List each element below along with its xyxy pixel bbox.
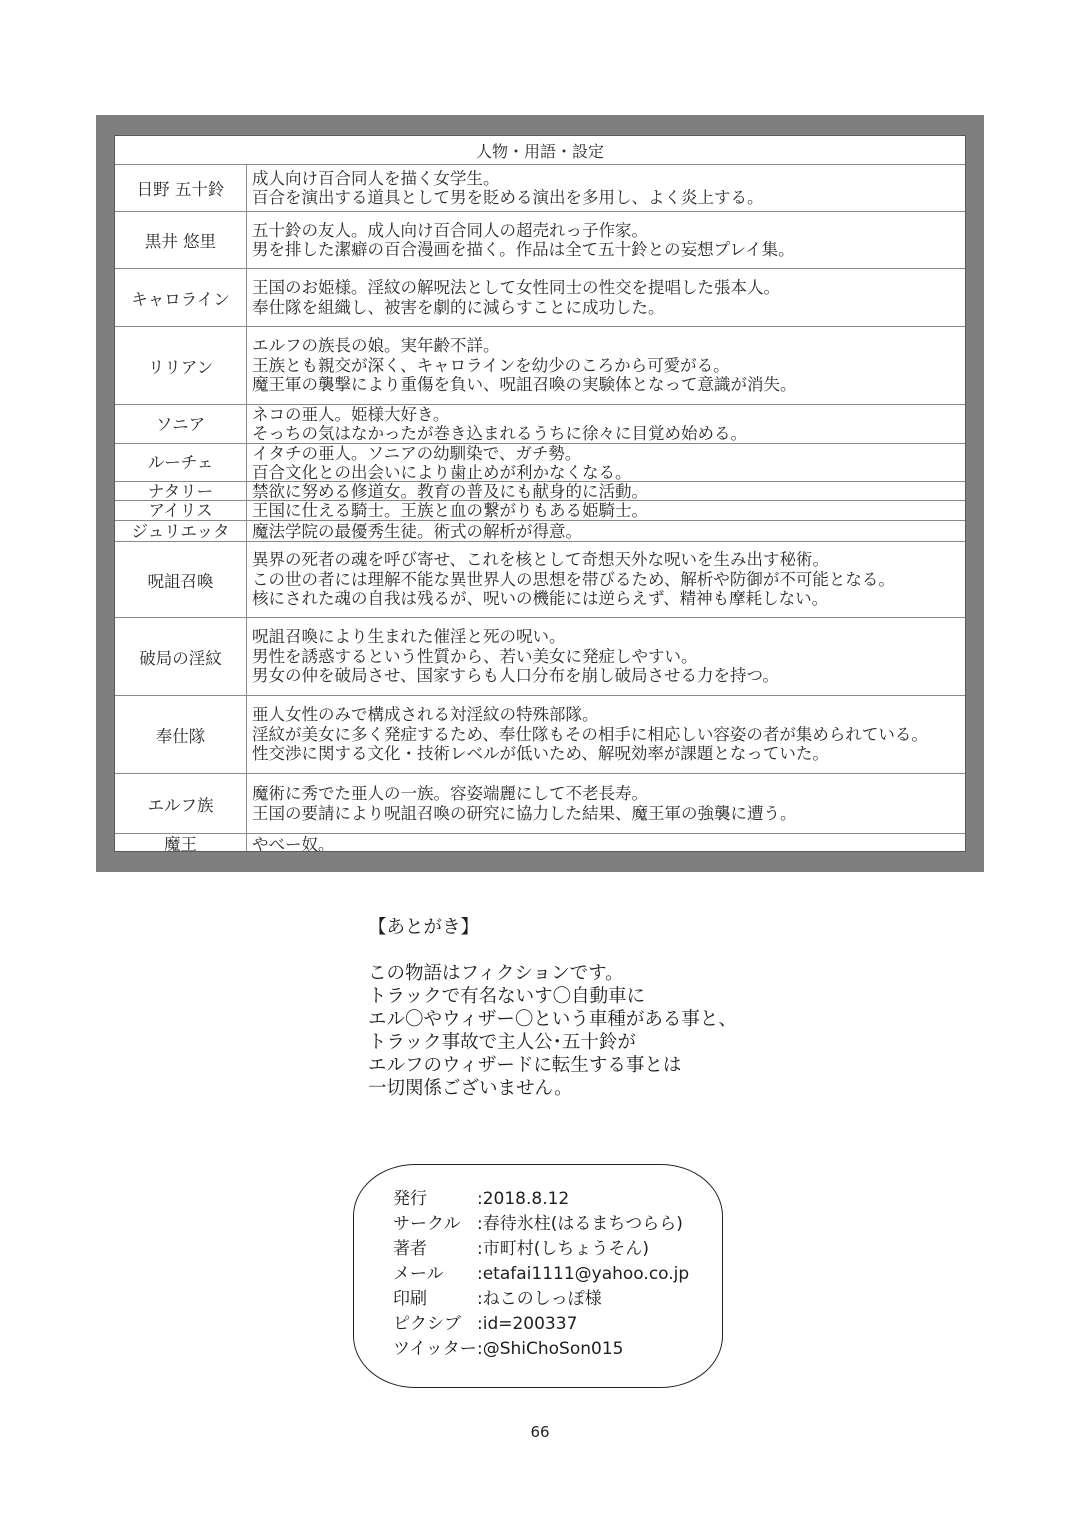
colophon-label: メール: [393, 1262, 477, 1287]
description-line: そっちの気はなかったが巻き込まれるうちに徐々に目覚め始める。: [252, 424, 965, 443]
description-cell: 魔術に秀でた亜人の一族。容姿端麗にして不老長寿。 王国の要請により呪詛召喚の研究…: [247, 774, 965, 833]
colophon-value: :@ShiChoSon015: [477, 1337, 623, 1362]
afterword-line: エルフのウィザードに転生する事とは: [368, 1054, 737, 1077]
glossary-frame: 人物・用語・設定 日野 五十鈴 成人向け百合同人を描く女学生。 百合を演出する道…: [96, 115, 984, 872]
afterword-line: この物語はフィクションです。: [368, 962, 737, 985]
description-line: 王国の要請により呪詛召喚の研究に協力した結果、魔王軍の強襲に遭う。: [252, 804, 965, 824]
description-line: やべー奴。: [252, 835, 965, 852]
table-row: 魔王 やべー奴。: [115, 834, 965, 852]
colophon-value: :id=200337: [477, 1312, 577, 1337]
description-cell: 呪詛召喚により生まれた催淫と死の呪い。 男性を誘惑するという性質から、若い美女に…: [247, 618, 965, 695]
description-line: 百合を演出する道具として男を貶める演出を多用し、よく炎上する。: [252, 188, 965, 208]
description-line: 男性を誘惑するという性質から、若い美女に発症しやすい。: [252, 647, 965, 667]
description-line: 異界の死者の魂を呼び寄せ、これを核として奇想天外な呪いを生み出す秘術。: [252, 550, 965, 570]
description-cell: イタチの亜人。ソニアの幼馴染で、ガチ勢。 百合文化との出会いにより歯止めが利かな…: [247, 444, 965, 481]
description-line: 淫紋が美女に多く発症するため、奉仕隊もその相手に相応しい容姿の者が集められている…: [252, 725, 965, 745]
description-line: 男女の仲を破局させ、国家すらも人口分布を崩し破局させる力を持つ。: [252, 666, 965, 686]
colophon-value: :2018.8.12: [477, 1187, 569, 1212]
term-cell: 破局の淫紋: [115, 618, 247, 695]
colophon-list: 発行 :2018.8.12 サークル :春待氷柱(はるまちつらら) 著者 :市町…: [393, 1187, 689, 1362]
table-row: エルフ族 魔術に秀でた亜人の一族。容姿端麗にして不老長寿。 王国の要請により呪詛…: [115, 774, 965, 834]
term-cell: キャロライン: [115, 269, 247, 326]
term-cell: 奉仕隊: [115, 696, 247, 773]
term-cell: ジュリエッタ: [115, 521, 247, 541]
colophon-row-email: メール :etafai1111@yahoo.co.jp: [393, 1262, 689, 1287]
table-row: ソニア ネコの亜人。姫様大好き。 そっちの気はなかったが巻き込まれるうちに徐々に…: [115, 405, 965, 444]
description-cell: 禁欲に努める修道女。教育の普及にも献身的に活動。: [247, 482, 965, 500]
description-line: ネコの亜人。姫様大好き。: [252, 405, 965, 424]
description-cell: 異界の死者の魂を呼び寄せ、これを核として奇想天外な呪いを生み出す秘術。 この世の…: [247, 542, 965, 617]
table-row: ナタリー 禁欲に努める修道女。教育の普及にも献身的に活動。: [115, 482, 965, 501]
term-cell: エルフ族: [115, 774, 247, 833]
colophon-label: 著者: [393, 1237, 477, 1262]
colophon-row-circle: サークル :春待氷柱(はるまちつらら): [393, 1212, 689, 1237]
description-line: イタチの亜人。ソニアの幼馴染で、ガチ勢。: [252, 444, 965, 463]
description-cell: 魔法学院の最優秀生徒。術式の解析が得意。: [247, 521, 965, 541]
term-cell: ルーチェ: [115, 444, 247, 481]
table-row: リリアン エルフの族長の娘。実年齢不詳。 王族とも親交が深く、キャロラインを幼少…: [115, 327, 965, 405]
afterword-line: トラックで有名ないす〇自動車に: [368, 985, 737, 1008]
description-line: 王国に仕える騎士。王族と血の繋がりもある姫騎士。: [252, 501, 965, 520]
table-row: アイリス 王国に仕える騎士。王族と血の繋がりもある姫騎士。: [115, 501, 965, 521]
colophon-box: 発行 :2018.8.12 サークル :春待氷柱(はるまちつらら) 著者 :市町…: [353, 1164, 723, 1388]
term-cell: 日野 五十鈴: [115, 165, 247, 211]
description-cell: エルフの族長の娘。実年齢不詳。 王族とも親交が深く、キャロラインを幼少のころから…: [247, 327, 965, 404]
colophon-row-pixiv: ピクシブ :id=200337: [393, 1312, 689, 1337]
description-cell: やべー奴。: [247, 834, 965, 852]
description-line: 核にされた魂の自我は残るが、呪いの機能には逆らえず、精神も摩耗しない。: [252, 589, 965, 609]
afterword-heading: 【あとがき】: [368, 916, 737, 939]
description-cell: 王国に仕える騎士。王族と血の繋がりもある姫騎士。: [247, 501, 965, 520]
description-cell: 五十鈴の友人。成人向け百合同人の超売れっ子作家。 男を排した潔癖の百合漫画を描く…: [247, 212, 965, 268]
colophon-value: :etafai1111@yahoo.co.jp: [477, 1262, 689, 1287]
table-row: 呪詛召喚 異界の死者の魂を呼び寄せ、これを核として奇想天外な呪いを生み出す秘術。…: [115, 542, 965, 618]
page-number: 66: [0, 1423, 1080, 1441]
colophon-value: :市町村(しちょうそん): [477, 1237, 649, 1262]
table-row: 黒井 悠里 五十鈴の友人。成人向け百合同人の超売れっ子作家。 男を排した潔癖の百…: [115, 212, 965, 269]
description-line: 魔法学院の最優秀生徒。術式の解析が得意。: [252, 522, 965, 541]
colophon-label: ツイッター: [393, 1337, 477, 1362]
description-line: 王国のお姫様。淫紋の解呪法として女性同士の性交を提唱した張本人。: [252, 278, 965, 298]
table-row: ジュリエッタ 魔法学院の最優秀生徒。術式の解析が得意。: [115, 521, 965, 542]
description-line: 性交渉に関する文化・技術レベルが低いため、解呪効率が課題となっていた。: [252, 744, 965, 764]
afterword-line: エル〇やウィザー〇という車種がある事と、: [368, 1008, 737, 1031]
description-line: 呪詛召喚により生まれた催淫と死の呪い。: [252, 627, 965, 647]
description-line: 奉仕隊を組織し、被害を劇的に減らすことに成功した。: [252, 298, 965, 318]
description-cell: 王国のお姫様。淫紋の解呪法として女性同士の性交を提唱した張本人。 奉仕隊を組織し…: [247, 269, 965, 326]
colophon-label: 発行: [393, 1187, 477, 1212]
description-line: 王族とも親交が深く、キャロラインを幼少のころから可愛がる。: [252, 356, 965, 376]
colophon-label: 印刷: [393, 1287, 477, 1312]
description-line: エルフの族長の娘。実年齢不詳。: [252, 336, 965, 356]
description-line: 魔術に秀でた亜人の一族。容姿端麗にして不老長寿。: [252, 784, 965, 804]
description-line: 亜人女性のみで構成される対淫紋の特殊部隊。: [252, 705, 965, 725]
colophon-value: :春待氷柱(はるまちつらら): [477, 1212, 683, 1237]
term-cell: 魔王: [115, 834, 247, 852]
description-line: 魔王軍の襲撃により重傷を負い、呪詛召喚の実験体となって意識が消失。: [252, 375, 965, 395]
colophon-row-twitter: ツイッター :@ShiChoSon015: [393, 1337, 689, 1362]
description-cell: 亜人女性のみで構成される対淫紋の特殊部隊。 淫紋が美女に多く発症するため、奉仕隊…: [247, 696, 965, 773]
table-row: 日野 五十鈴 成人向け百合同人を描く女学生。 百合を演出する道具として男を貶める…: [115, 165, 965, 212]
afterword-line: トラック事故で主人公･五十鈴が: [368, 1031, 737, 1054]
description-cell: 成人向け百合同人を描く女学生。 百合を演出する道具として男を貶める演出を多用し、…: [247, 165, 965, 211]
colophon-value: :ねこのしっぽ様: [477, 1287, 602, 1312]
description-line: 男を排した潔癖の百合漫画を描く。作品は全て五十鈴との妄想プレイ集。: [252, 240, 965, 260]
colophon-label: サークル: [393, 1212, 477, 1237]
term-cell: ナタリー: [115, 482, 247, 500]
afterword-line: 一切関係ございません。: [368, 1077, 737, 1100]
description-line: この世の者には理解不能な異世界人の思想を帯びるため、解析や防御が不可能となる。: [252, 570, 965, 590]
blank-line: [368, 939, 737, 962]
description-line: 禁欲に努める修道女。教育の普及にも献身的に活動。: [252, 482, 965, 500]
table-row: 破局の淫紋 呪詛召喚により生まれた催淫と死の呪い。 男性を誘惑するという性質から…: [115, 618, 965, 696]
term-cell: 呪詛召喚: [115, 542, 247, 617]
glossary-title: 人物・用語・設定: [115, 136, 965, 165]
description-line: 五十鈴の友人。成人向け百合同人の超売れっ子作家。: [252, 221, 965, 241]
colophon-row-author: 著者 :市町村(しちょうそん): [393, 1237, 689, 1262]
afterword: 【あとがき】 この物語はフィクションです。 トラックで有名ないす〇自動車に エル…: [368, 916, 737, 1100]
description-cell: ネコの亜人。姫様大好き。 そっちの気はなかったが巻き込まれるうちに徐々に目覚め始…: [247, 405, 965, 443]
table-row: ルーチェ イタチの亜人。ソニアの幼馴染で、ガチ勢。 百合文化との出会いにより歯止…: [115, 444, 965, 482]
colophon-row-publish-date: 発行 :2018.8.12: [393, 1187, 689, 1212]
colophon-row-printer: 印刷 :ねこのしっぽ様: [393, 1287, 689, 1312]
colophon-label: ピクシブ: [393, 1312, 477, 1337]
table-row: 奉仕隊 亜人女性のみで構成される対淫紋の特殊部隊。 淫紋が美女に多く発症するため…: [115, 696, 965, 774]
term-cell: ソニア: [115, 405, 247, 443]
term-cell: 黒井 悠里: [115, 212, 247, 268]
description-line: 成人向け百合同人を描く女学生。: [252, 169, 965, 189]
glossary-table: 人物・用語・設定 日野 五十鈴 成人向け百合同人を描く女学生。 百合を演出する道…: [114, 135, 966, 852]
table-row: キャロライン 王国のお姫様。淫紋の解呪法として女性同士の性交を提唱した張本人。 …: [115, 269, 965, 327]
term-cell: リリアン: [115, 327, 247, 404]
term-cell: アイリス: [115, 501, 247, 520]
description-line: 百合文化との出会いにより歯止めが利かなくなる。: [252, 463, 965, 482]
